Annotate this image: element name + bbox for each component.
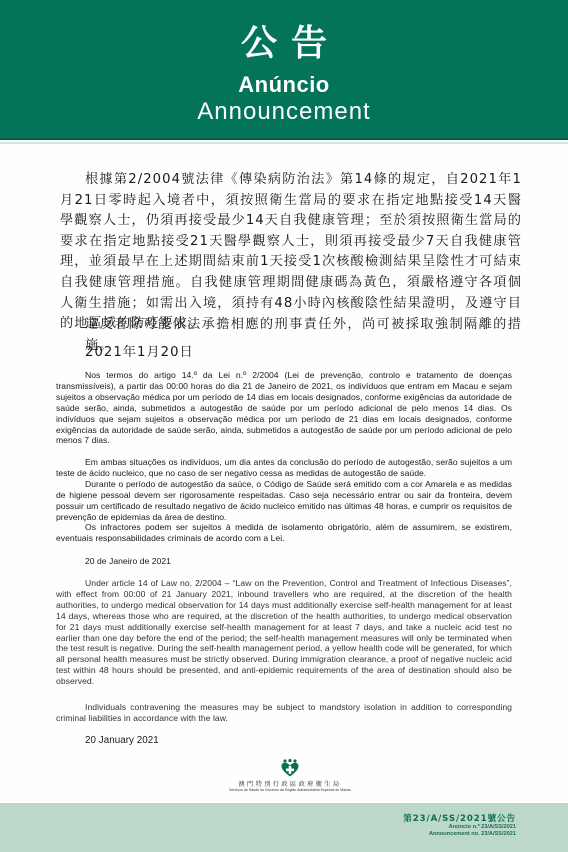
announcement-header: 公告 Anúncio Announcement: [0, 0, 568, 140]
portuguese-paragraph-4: Os infractores podem ser sujeitos à medi…: [56, 522, 512, 544]
health-bureau-heart-cross-icon: [280, 759, 300, 777]
english-paragraph-1: Under article 14 of Law no. 2/2004 – “La…: [56, 578, 512, 687]
announcement-number-chinese: 第23/A/SS/2021號公告: [403, 812, 516, 824]
chinese-date: 2021年1月20日: [85, 343, 285, 364]
portuguese-paragraph-1: Nos termos do artigo 14.º da Lei n.º 2/2…: [56, 370, 512, 446]
announcement-number-english: Announcement no. 23/A/SS/2021: [429, 831, 516, 837]
portuguese-paragraph-3: Durante o período de autogestão da saúce…: [56, 479, 512, 523]
english-paragraph-2: Individuals contravening the measures ma…: [56, 702, 512, 724]
portuguese-paragraph-2: Em ambas situações os indivíduos, um dia…: [56, 457, 512, 479]
chinese-paragraph-1: 根據第2/2004號法律《傳染病防治法》第14條的規定，自2021年1月21日零…: [60, 170, 522, 335]
portuguese-date: 20 de Janeiro de 2021: [85, 556, 285, 567]
title-chinese: 公告: [0, 24, 568, 64]
health-bureau-name-chinese: 澳門特別行政區政府衛生局: [180, 779, 400, 788]
announcement-number-portuguese: Anúncio n.º 23/A/SS/2021: [449, 824, 516, 830]
title-portuguese: Anúncio: [0, 73, 568, 97]
announcement-footer: 第23/A/SS/2021號公告 Anúncio n.º 23/A/SS/202…: [0, 803, 568, 852]
health-bureau-logo: 澳門特別行政區政府衛生局 Serviços de Saúde do Govern…: [180, 757, 400, 799]
title-english: Announcement: [0, 98, 568, 126]
english-date: 20 January 2021: [85, 736, 285, 747]
health-bureau-name-portuguese: Serviços de Saúde do Governo da Região A…: [180, 788, 400, 792]
header-divider: [0, 142, 568, 144]
